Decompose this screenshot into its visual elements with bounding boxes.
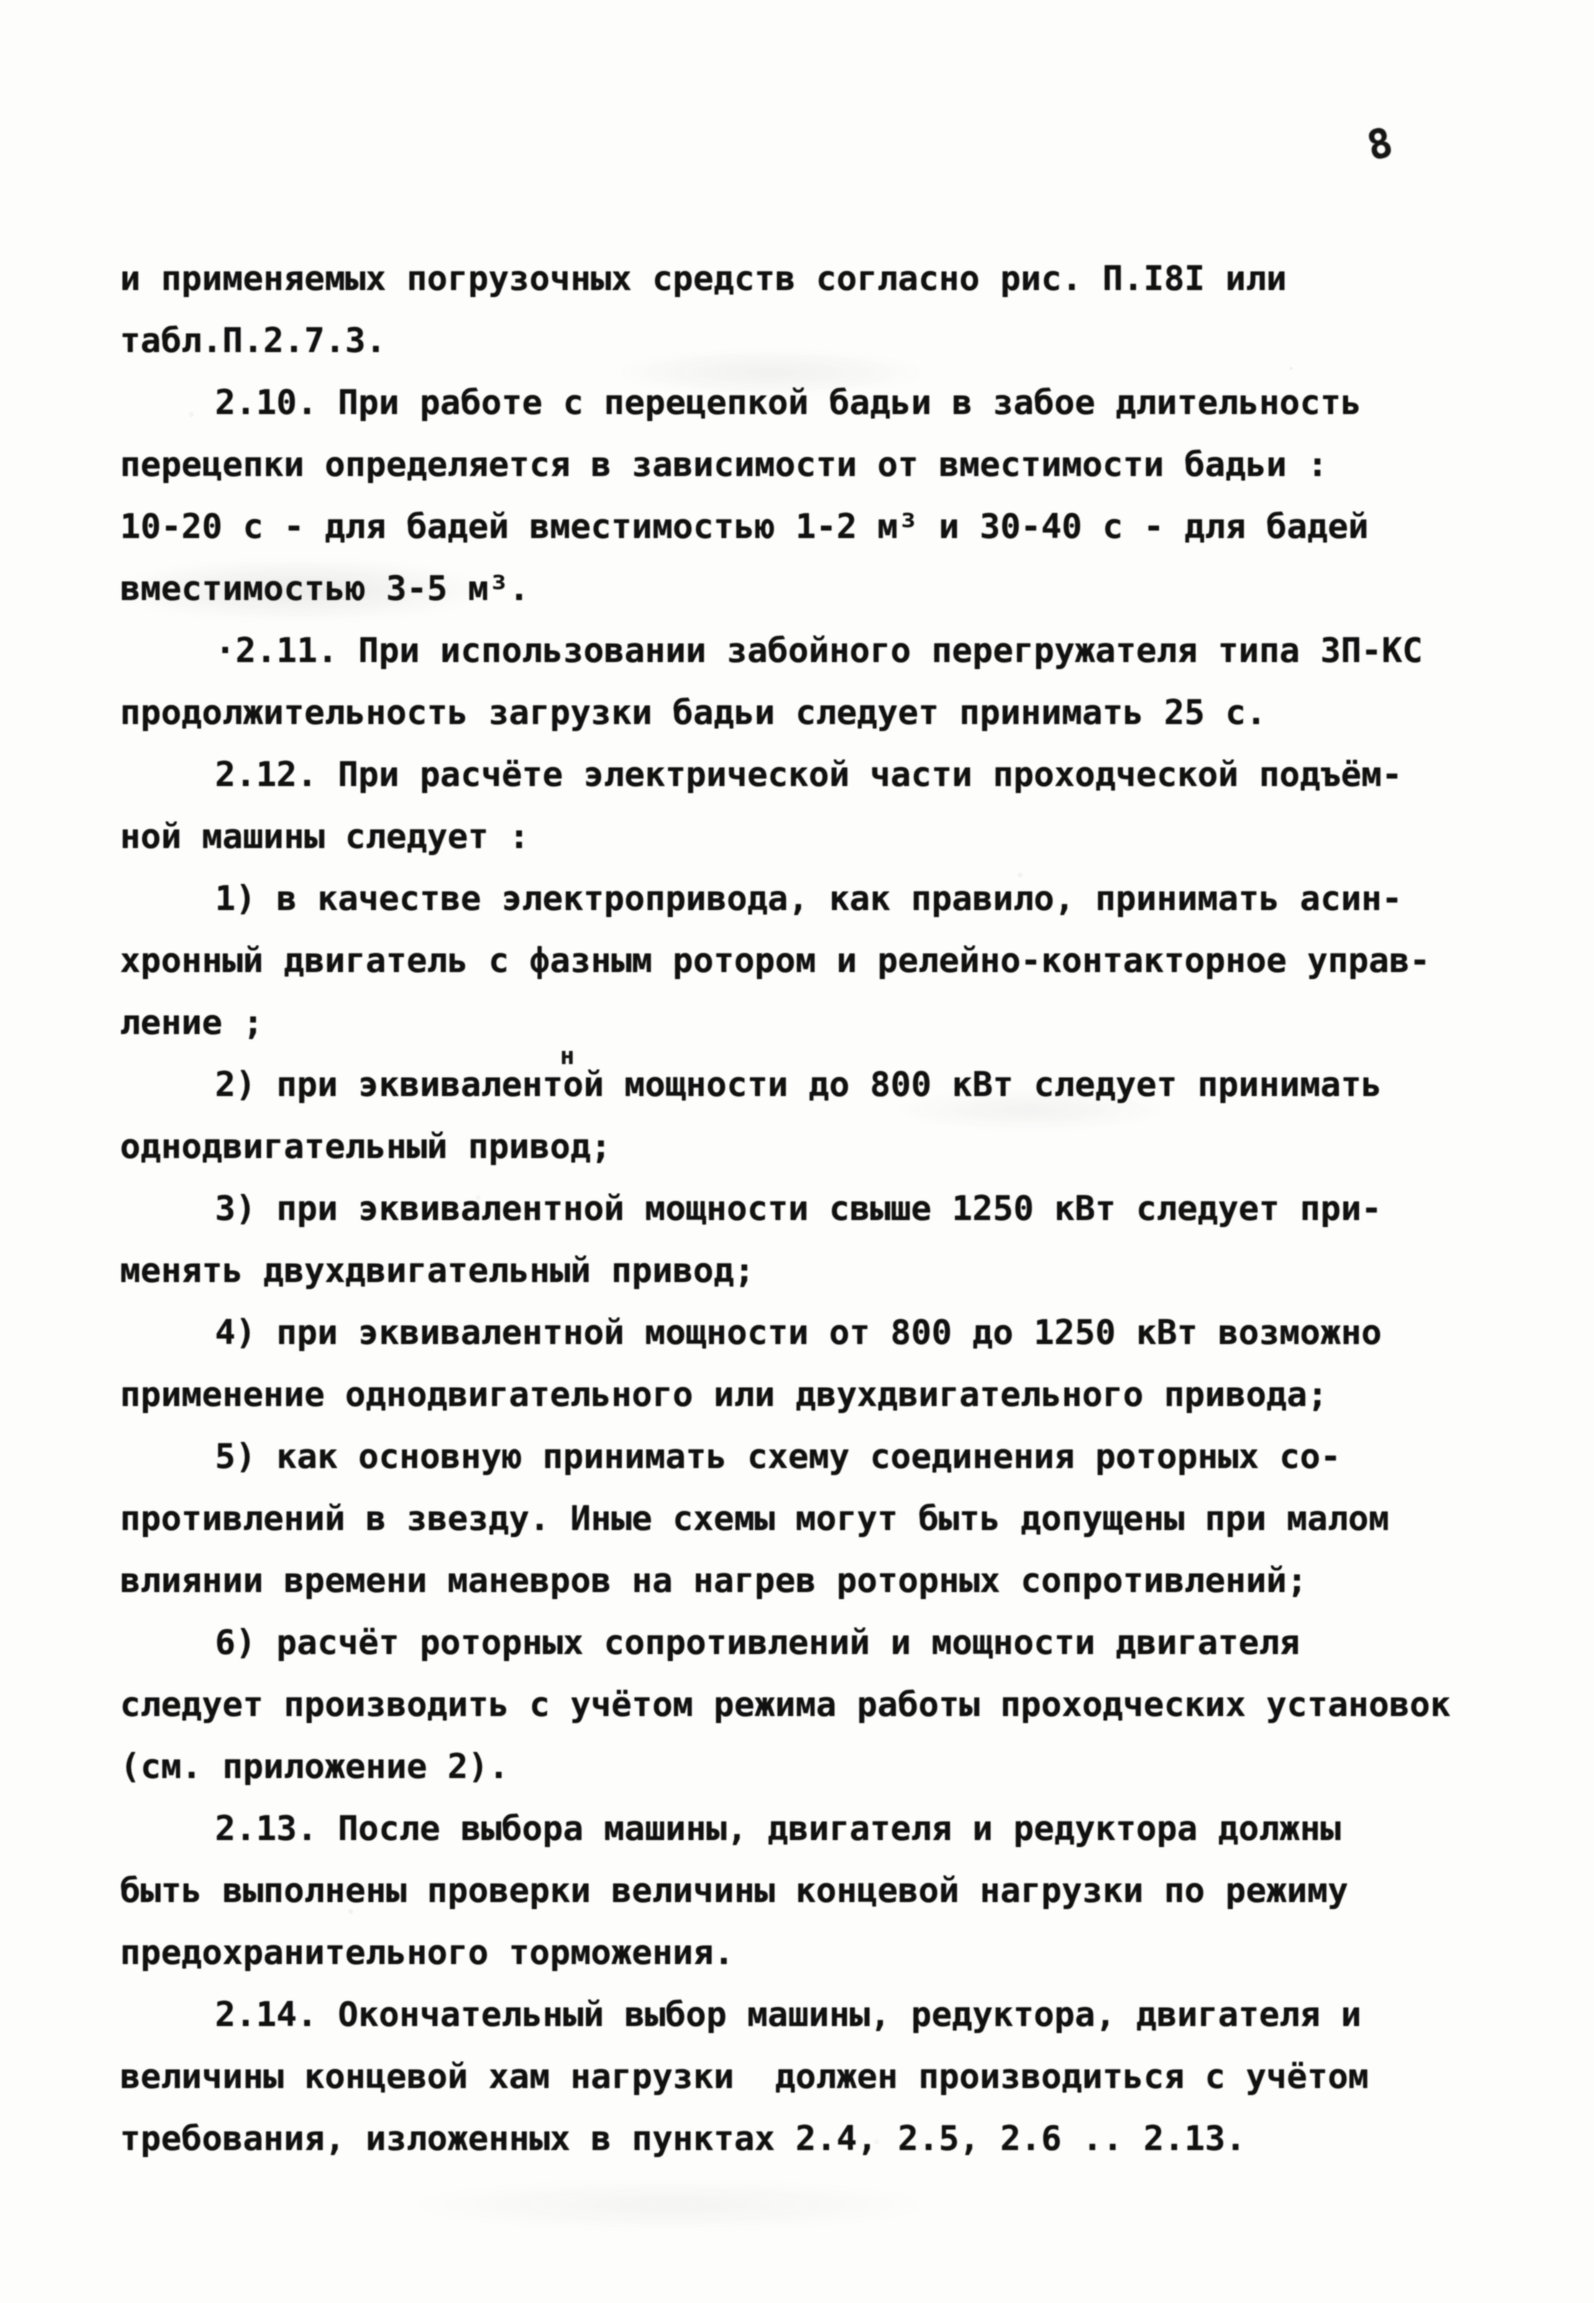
text-line: однодвигательный привод;	[120, 1116, 1480, 1178]
text-line: 2.12. При расчёте электрической части пр…	[120, 744, 1480, 806]
text-line: 3) при эквивалентной мощности свыше 1250…	[120, 1178, 1480, 1240]
text-line: применение однодвигательного или двухдви…	[120, 1364, 1480, 1426]
text-line: 4) при эквивалентной мощности от 800 до …	[120, 1302, 1480, 1364]
text-line: следует производить с учётом режима рабо…	[120, 1674, 1480, 1736]
text-line: предохранительного торможения.	[120, 1922, 1480, 1984]
scan-smudge	[420, 2180, 920, 2230]
text-line: менять двухдвигательный привод;	[120, 1240, 1480, 1302]
text-line: ной машины следует :	[120, 806, 1480, 868]
text-line: и применяемых погрузочных средств соглас…	[120, 248, 1480, 310]
text-line: величины концевой хам нагрузки должен пр…	[120, 2046, 1480, 2108]
text-line: 6) расчёт роторных сопротивлений и мощно…	[120, 1612, 1480, 1674]
typo-correction-mark: н	[560, 1042, 574, 1070]
text-line: влиянии времени маневров на нагрев ротор…	[120, 1550, 1480, 1612]
text-line: (см. приложение 2).	[120, 1736, 1480, 1798]
text-line: вместимостью 3-5 м³.	[120, 558, 1480, 620]
text-line: хронный двигатель с фазным ротором и рел…	[120, 930, 1480, 992]
text-line: 2) при эквивалентой мощности до 800 кВт …	[120, 1054, 1480, 1116]
text-line: противлений в звезду. Иные схемы могут б…	[120, 1488, 1480, 1550]
text-line: 5) как основную принимать схему соединен…	[120, 1426, 1480, 1488]
text-line: табл.П.2.7.3.	[120, 310, 1480, 372]
text-line: ·2.11. При использовании забойного перег…	[120, 620, 1480, 682]
text-line: 2.13. После выбора машины, двигателя и р…	[120, 1798, 1480, 1860]
text-line: 2.10. При работе с перецепкой бадьи в за…	[120, 372, 1480, 434]
page-number: 8	[1363, 120, 1398, 170]
text-line: ление ;	[120, 992, 1480, 1054]
text-line: требования, изложенных в пунктах 2.4, 2.…	[120, 2108, 1480, 2170]
text-line: продолжительность загрузки бадьи следует…	[120, 682, 1480, 744]
text-line: 10-20 с - для бадей вместимостью 1-2 м³ …	[120, 496, 1480, 558]
text-line: 2.14. Окончательный выбор машины, редукт…	[120, 1984, 1480, 2046]
text-line: 1) в качестве электропривода, как правил…	[120, 868, 1480, 930]
text-line: перецепки определяется в зависимости от …	[120, 434, 1480, 496]
document-page: 8 и применяемых погрузочных средств согл…	[0, 0, 1594, 2303]
text-block: и применяемых погрузочных средств соглас…	[120, 248, 1480, 2170]
text-line: быть выполнены проверки величины концево…	[120, 1860, 1480, 1922]
